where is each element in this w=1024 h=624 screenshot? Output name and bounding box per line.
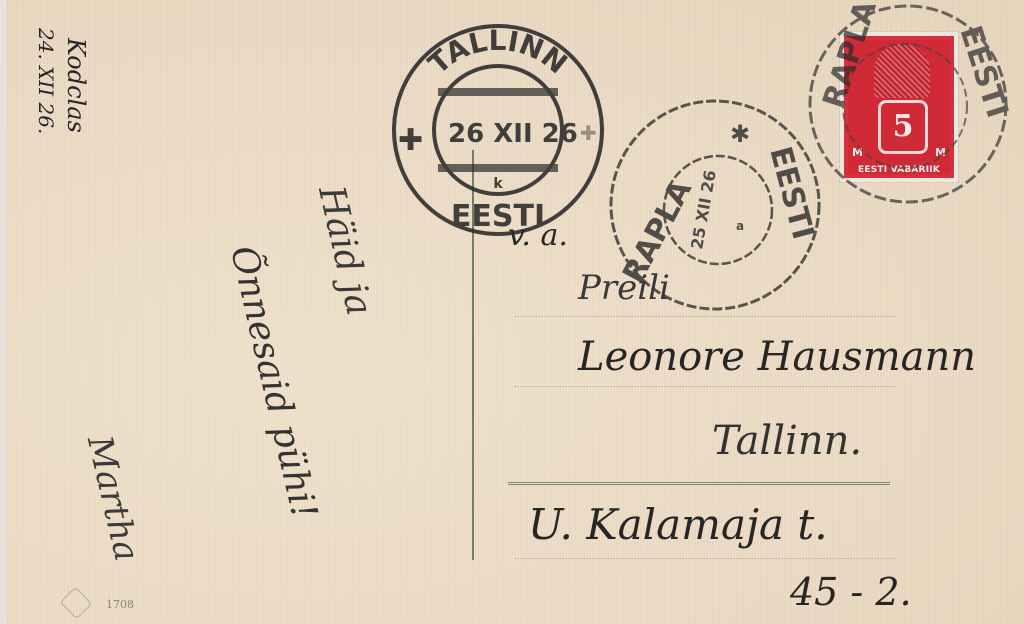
svg-text:25 XII 26: 25 XII 26	[687, 169, 720, 251]
sender-note-line1: Kodclas	[62, 38, 90, 133]
center-divider	[472, 150, 474, 560]
sender-note-line2: 24. XII 26.	[34, 28, 58, 134]
address-name: Leonore Hausmann	[578, 334, 976, 380]
postcard-back: Kodclas 24. XII 26. Häid ja Õnnesaid püh…	[0, 0, 1024, 624]
address-salutation: Preili	[578, 268, 670, 308]
tallinn-postmark: 26 XII 26 TALLINN EESTI k ✚ ✚	[394, 24, 602, 234]
card-edge	[0, 0, 6, 624]
svg-text:EESTI: EESTI	[762, 143, 820, 243]
svg-text:k: k	[493, 176, 503, 192]
address-line-city	[508, 482, 890, 485]
svg-text:a: a	[736, 219, 744, 233]
address-line	[515, 558, 895, 559]
address-line	[515, 386, 895, 387]
blacksmith-illustration	[874, 44, 930, 98]
printer-number: 1708	[106, 598, 134, 611]
stamp-value: 5	[881, 109, 925, 144]
svg-text:EESTI: EESTI	[952, 22, 1014, 122]
message-signature: Martha	[79, 432, 147, 565]
postage-stamp: 5 M M EESTI VABARIIK	[840, 32, 958, 182]
address-street: U. Kalamaja t.	[528, 500, 828, 549]
stamp-currency-left: M	[852, 146, 863, 159]
address-city: Tallinn.	[712, 418, 862, 464]
svg-text:26 XII 26: 26 XII 26	[448, 119, 578, 149]
publisher-logo-icon	[60, 587, 93, 620]
svg-text:✱: ✱	[730, 120, 750, 148]
stamp-currency-right: M	[935, 146, 946, 159]
address-number: 45 - 2.	[790, 570, 912, 614]
value-hexagon: 5	[878, 100, 928, 154]
message-line1: Häid ja	[310, 182, 380, 319]
svg-text:✚: ✚	[398, 123, 423, 158]
stamp-label: EESTI VABARIIK	[844, 165, 954, 175]
svg-text:TALLINN: TALLINN	[422, 24, 574, 81]
message-line2: Õnnesaid pühi!	[222, 242, 325, 523]
address-line	[515, 316, 895, 317]
svg-text:✚: ✚	[580, 121, 597, 145]
address-prefix: v. a.	[508, 218, 568, 253]
